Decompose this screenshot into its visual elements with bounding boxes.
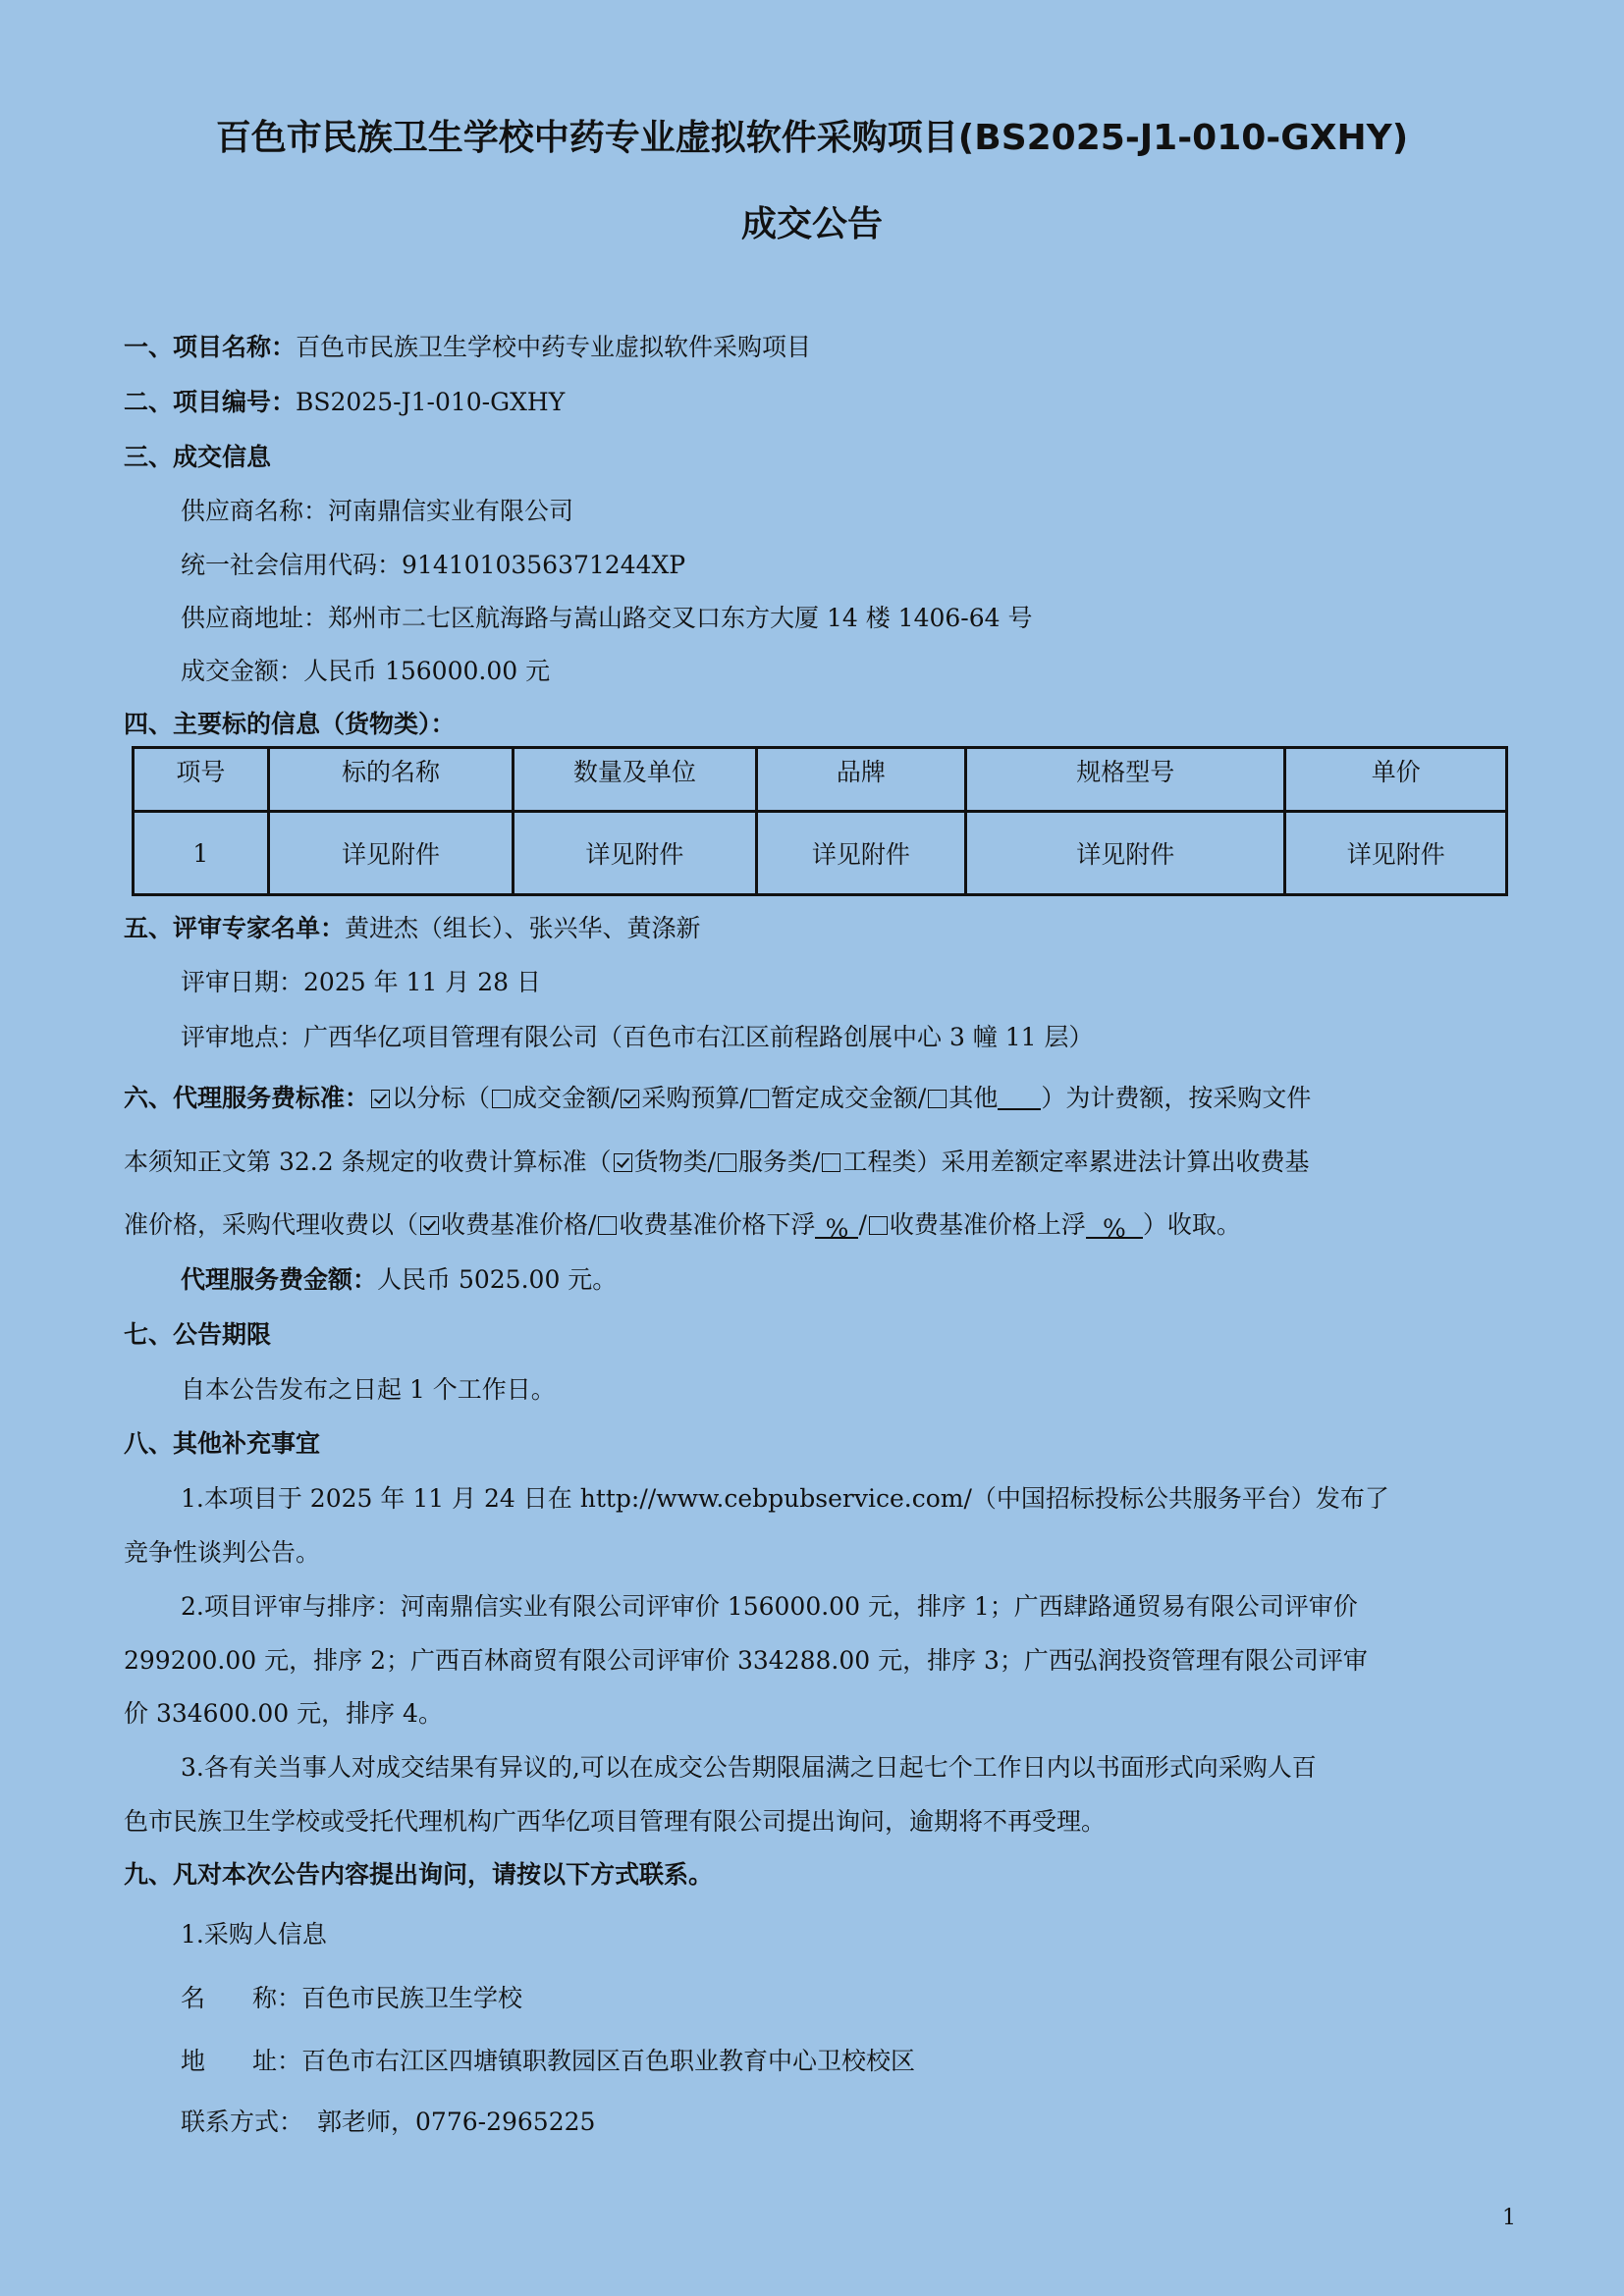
project-name-value: 百色市民族卫生学校中药专业虚拟软件采购项目 <box>296 333 811 361</box>
checkbox-checked-icon <box>614 1153 632 1172</box>
purchaser-name-value: 百色市民族卫生学校 <box>301 1984 522 2012</box>
deal-info-heading: 三、成交信息 <box>124 442 271 473</box>
fee-standard-line1-tail: ）为计费额，按采购文件 <box>1041 1084 1311 1112</box>
fee-standard-line2: 本须知正文第 32.2 条规定的收费计算标准（货物类/服务类/工程类）采用差额定… <box>124 1147 1516 1178</box>
checkbox-unchecked-icon <box>822 1153 840 1172</box>
items-table: 项号 标的名称 数量及单位 品牌 规格型号 单价 1 详见附件 详见附件 详见附… <box>132 746 1508 896</box>
option-engineering: 工程类 <box>842 1148 916 1176</box>
purchaser-address-label-a: 地 <box>181 2047 205 2075</box>
agency-fee-value: 人民币 5025.00 元。 <box>377 1265 617 1294</box>
review-date-value: 2025 年 11 月 28 日 <box>303 968 541 996</box>
checkbox-unchecked-icon <box>718 1153 736 1172</box>
checkbox-unchecked-icon <box>869 1216 888 1235</box>
checkbox-unchecked-icon <box>492 1090 511 1108</box>
other-matters-heading: 八、其他补充事宜 <box>124 1428 320 1460</box>
cell-spec-model: 详见附件 <box>966 812 1285 895</box>
cell-item-no: 1 <box>134 812 269 895</box>
review-location-label: 评审地点： <box>181 1023 303 1051</box>
purchaser-address-label-b: 址： <box>252 2047 301 2075</box>
credit-code-value: 9141010356371244XP <box>402 551 685 579</box>
credit-code-row: 统一社会信用代码：9141010356371244XP <box>181 550 685 581</box>
col-header-item-no: 项号 <box>134 748 269 812</box>
blank-percent-down: % <box>815 1213 858 1239</box>
other-item2-line1: 2.项目评审与排序：河南鼎信实业有限公司评审价 156000.00 元，排序 1… <box>181 1591 1358 1623</box>
col-header-subject-name: 标的名称 <box>268 748 513 812</box>
fee-standard-line3-tail: ）收取。 <box>1143 1210 1241 1239</box>
purchaser-contact-label: 联系方式： <box>181 2108 303 2136</box>
checkbox-checked-icon <box>420 1216 439 1235</box>
other-item3-line2: 色市民族卫生学校或受托代理机构广西华亿项目管理有限公司提出询问，逾期将不再受理。 <box>124 1806 1106 1838</box>
agency-fee-row: 代理服务费金额：人民币 5025.00 元。 <box>181 1264 617 1296</box>
announcement-page: 百色市民族卫生学校中药专业虚拟软件采购项目(BS2025-J1-010-GXHY… <box>0 0 1624 2296</box>
fee-standard-label: 六、代理服务费标准： <box>124 1084 369 1112</box>
project-name-label: 一、项目名称： <box>124 333 296 361</box>
option-budget: 采购预算/ <box>641 1084 747 1112</box>
agency-fee-label: 代理服务费金额： <box>181 1265 377 1294</box>
supplier-name-value: 河南鼎信实业有限公司 <box>328 497 573 525</box>
checkbox-checked-icon <box>621 1090 639 1108</box>
table-header-row: 项号 标的名称 数量及单位 品牌 规格型号 单价 <box>134 748 1507 812</box>
option-fenbiao: 以分标（ <box>392 1084 490 1112</box>
purchaser-address-value: 百色市右江区四塘镇职教园区百色职业教育中心卫校校区 <box>301 2047 915 2075</box>
purchaser-name-label-a: 名 <box>181 1984 205 2012</box>
col-header-unit-price: 单价 <box>1285 748 1507 812</box>
other-item2-line2: 299200.00 元，排序 2；广西百林商贸有限公司评审价 334288.00… <box>124 1645 1368 1677</box>
items-heading: 四、主要标的信息（货物类）： <box>124 709 456 740</box>
fee-standard-line1: 六、代理服务费标准：以分标（成交金额/采购预算/暂定成交金额/其他）为计费额，按… <box>124 1083 1516 1114</box>
fee-standard-line2-tail: ）采用差额定率累进法计算出收费基 <box>916 1148 1309 1176</box>
separator: / <box>858 1210 866 1239</box>
cell-unit-price: 详见附件 <box>1285 812 1507 895</box>
deal-amount-label: 成交金额： <box>181 657 303 685</box>
fee-standard-line3: 准价格，采购代理收费以（收费基准价格/收费基准价格下浮%/收费基准价格上浮%）收… <box>124 1209 1516 1241</box>
purchaser-name-label-b: 称： <box>252 1984 301 2012</box>
option-base-price-up: 收费基准价格上浮 <box>890 1210 1086 1239</box>
table-row: 1 详见附件 详见附件 详见附件 详见附件 详见附件 <box>134 812 1507 895</box>
review-date-label: 评审日期： <box>181 968 303 996</box>
notice-period-heading: 七、公告期限 <box>124 1319 271 1351</box>
blank-percent-up: % <box>1086 1213 1143 1239</box>
option-provisional-amount: 暂定成交金额/ <box>771 1084 926 1112</box>
purchaser-name-row: 名称：百色市民族卫生学校 <box>181 1983 522 2014</box>
page-number: 1 <box>1502 2206 1516 2230</box>
fee-standard-line3-head: 准价格，采购代理收费以（ <box>124 1210 418 1239</box>
notice-period-text: 自本公告发布之日起 1 个工作日。 <box>181 1374 556 1406</box>
checkbox-checked-icon <box>371 1090 390 1108</box>
document-subtitle: 成交公告 <box>0 196 1624 246</box>
purchaser-address-row: 地址：百色市右江区四塘镇职教园区百色职业教育中心卫校校区 <box>181 2046 915 2077</box>
experts-row: 五、评审专家名单：黄进杰（组长）、张兴华、黄涤新 <box>124 913 701 944</box>
checkbox-unchecked-icon <box>750 1090 769 1108</box>
deal-amount-value: 人民币 156000.00 元 <box>303 657 550 685</box>
supplier-address-value: 郑州市二七区航海路与嵩山路交叉口东方大厦 14 楼 1406-64 号 <box>328 604 1032 632</box>
cell-brand: 详见附件 <box>756 812 966 895</box>
purchaser-info-heading: 1.采购人信息 <box>181 1919 327 1950</box>
other-item2-line3: 价 334600.00 元，排序 4。 <box>124 1698 443 1730</box>
project-name-row: 一、项目名称：百色市民族卫生学校中药专业虚拟软件采购项目 <box>124 332 811 363</box>
review-location-value: 广西华亿项目管理有限公司（百色市右江区前程路创展中心 3 幢 11 层） <box>303 1023 1094 1051</box>
review-date-row: 评审日期：2025 年 11 月 28 日 <box>181 967 541 998</box>
document-title: 百色市民族卫生学校中药专业虚拟软件采购项目(BS2025-J1-010-GXHY… <box>0 110 1624 160</box>
project-number-value: BS2025-J1-010-GXHY <box>296 388 565 416</box>
supplier-name-row: 供应商名称：河南鼎信实业有限公司 <box>181 496 573 527</box>
supplier-name-label: 供应商名称： <box>181 497 328 525</box>
project-number-label: 二、项目编号： <box>124 388 296 416</box>
option-goods: 货物类/ <box>634 1148 716 1176</box>
credit-code-label: 统一社会信用代码： <box>181 551 402 579</box>
checkbox-unchecked-icon <box>598 1216 617 1235</box>
project-number-row: 二、项目编号：BS2025-J1-010-GXHY <box>124 387 565 418</box>
col-header-brand: 品牌 <box>756 748 966 812</box>
purchaser-contact-value: 郭老师，0776-2965225 <box>317 2108 595 2136</box>
option-service: 服务类/ <box>738 1148 820 1176</box>
cell-quantity-unit: 详见附件 <box>514 812 756 895</box>
purchaser-contact-row: 联系方式：郭老师，0776-2965225 <box>181 2107 595 2138</box>
experts-label: 五、评审专家名单： <box>124 914 345 942</box>
option-base-price-down: 收费基准价格下浮 <box>619 1210 815 1239</box>
supplier-address-row: 供应商地址：郑州市二七区航海路与嵩山路交叉口东方大厦 14 楼 1406-64 … <box>181 603 1033 634</box>
other-item1-line1: 1.本项目于 2025 年 11 月 24 日在 http://www.cebp… <box>181 1483 1389 1515</box>
option-other: 其他 <box>948 1084 998 1112</box>
experts-value: 黄进杰（组长）、张兴华、黄涤新 <box>345 914 701 942</box>
option-base-price: 收费基准价格/ <box>441 1210 596 1239</box>
option-deal-amount: 成交金额/ <box>513 1084 619 1112</box>
deal-amount-row: 成交金额：人民币 156000.00 元 <box>181 656 550 687</box>
other-item3-line1: 3.各有关当事人对成交结果有异议的,可以在成交公告期限届满之日起七个工作日内以书… <box>181 1752 1317 1784</box>
cell-subject-name: 详见附件 <box>268 812 513 895</box>
fee-standard-line2-head: 本须知正文第 32.2 条规定的收费计算标准（ <box>124 1148 612 1176</box>
contact-heading: 九、凡对本次公告内容提出询问，请按以下方式联系。 <box>124 1859 713 1891</box>
other-item1-line2: 竞争性谈判公告。 <box>124 1537 320 1569</box>
supplier-address-label: 供应商地址： <box>181 604 328 632</box>
checkbox-unchecked-icon <box>928 1090 947 1108</box>
blank-field <box>998 1085 1041 1110</box>
review-location-row: 评审地点：广西华亿项目管理有限公司（百色市右江区前程路创展中心 3 幢 11 层… <box>181 1022 1094 1053</box>
col-header-quantity-unit: 数量及单位 <box>514 748 756 812</box>
col-header-spec-model: 规格型号 <box>966 748 1285 812</box>
